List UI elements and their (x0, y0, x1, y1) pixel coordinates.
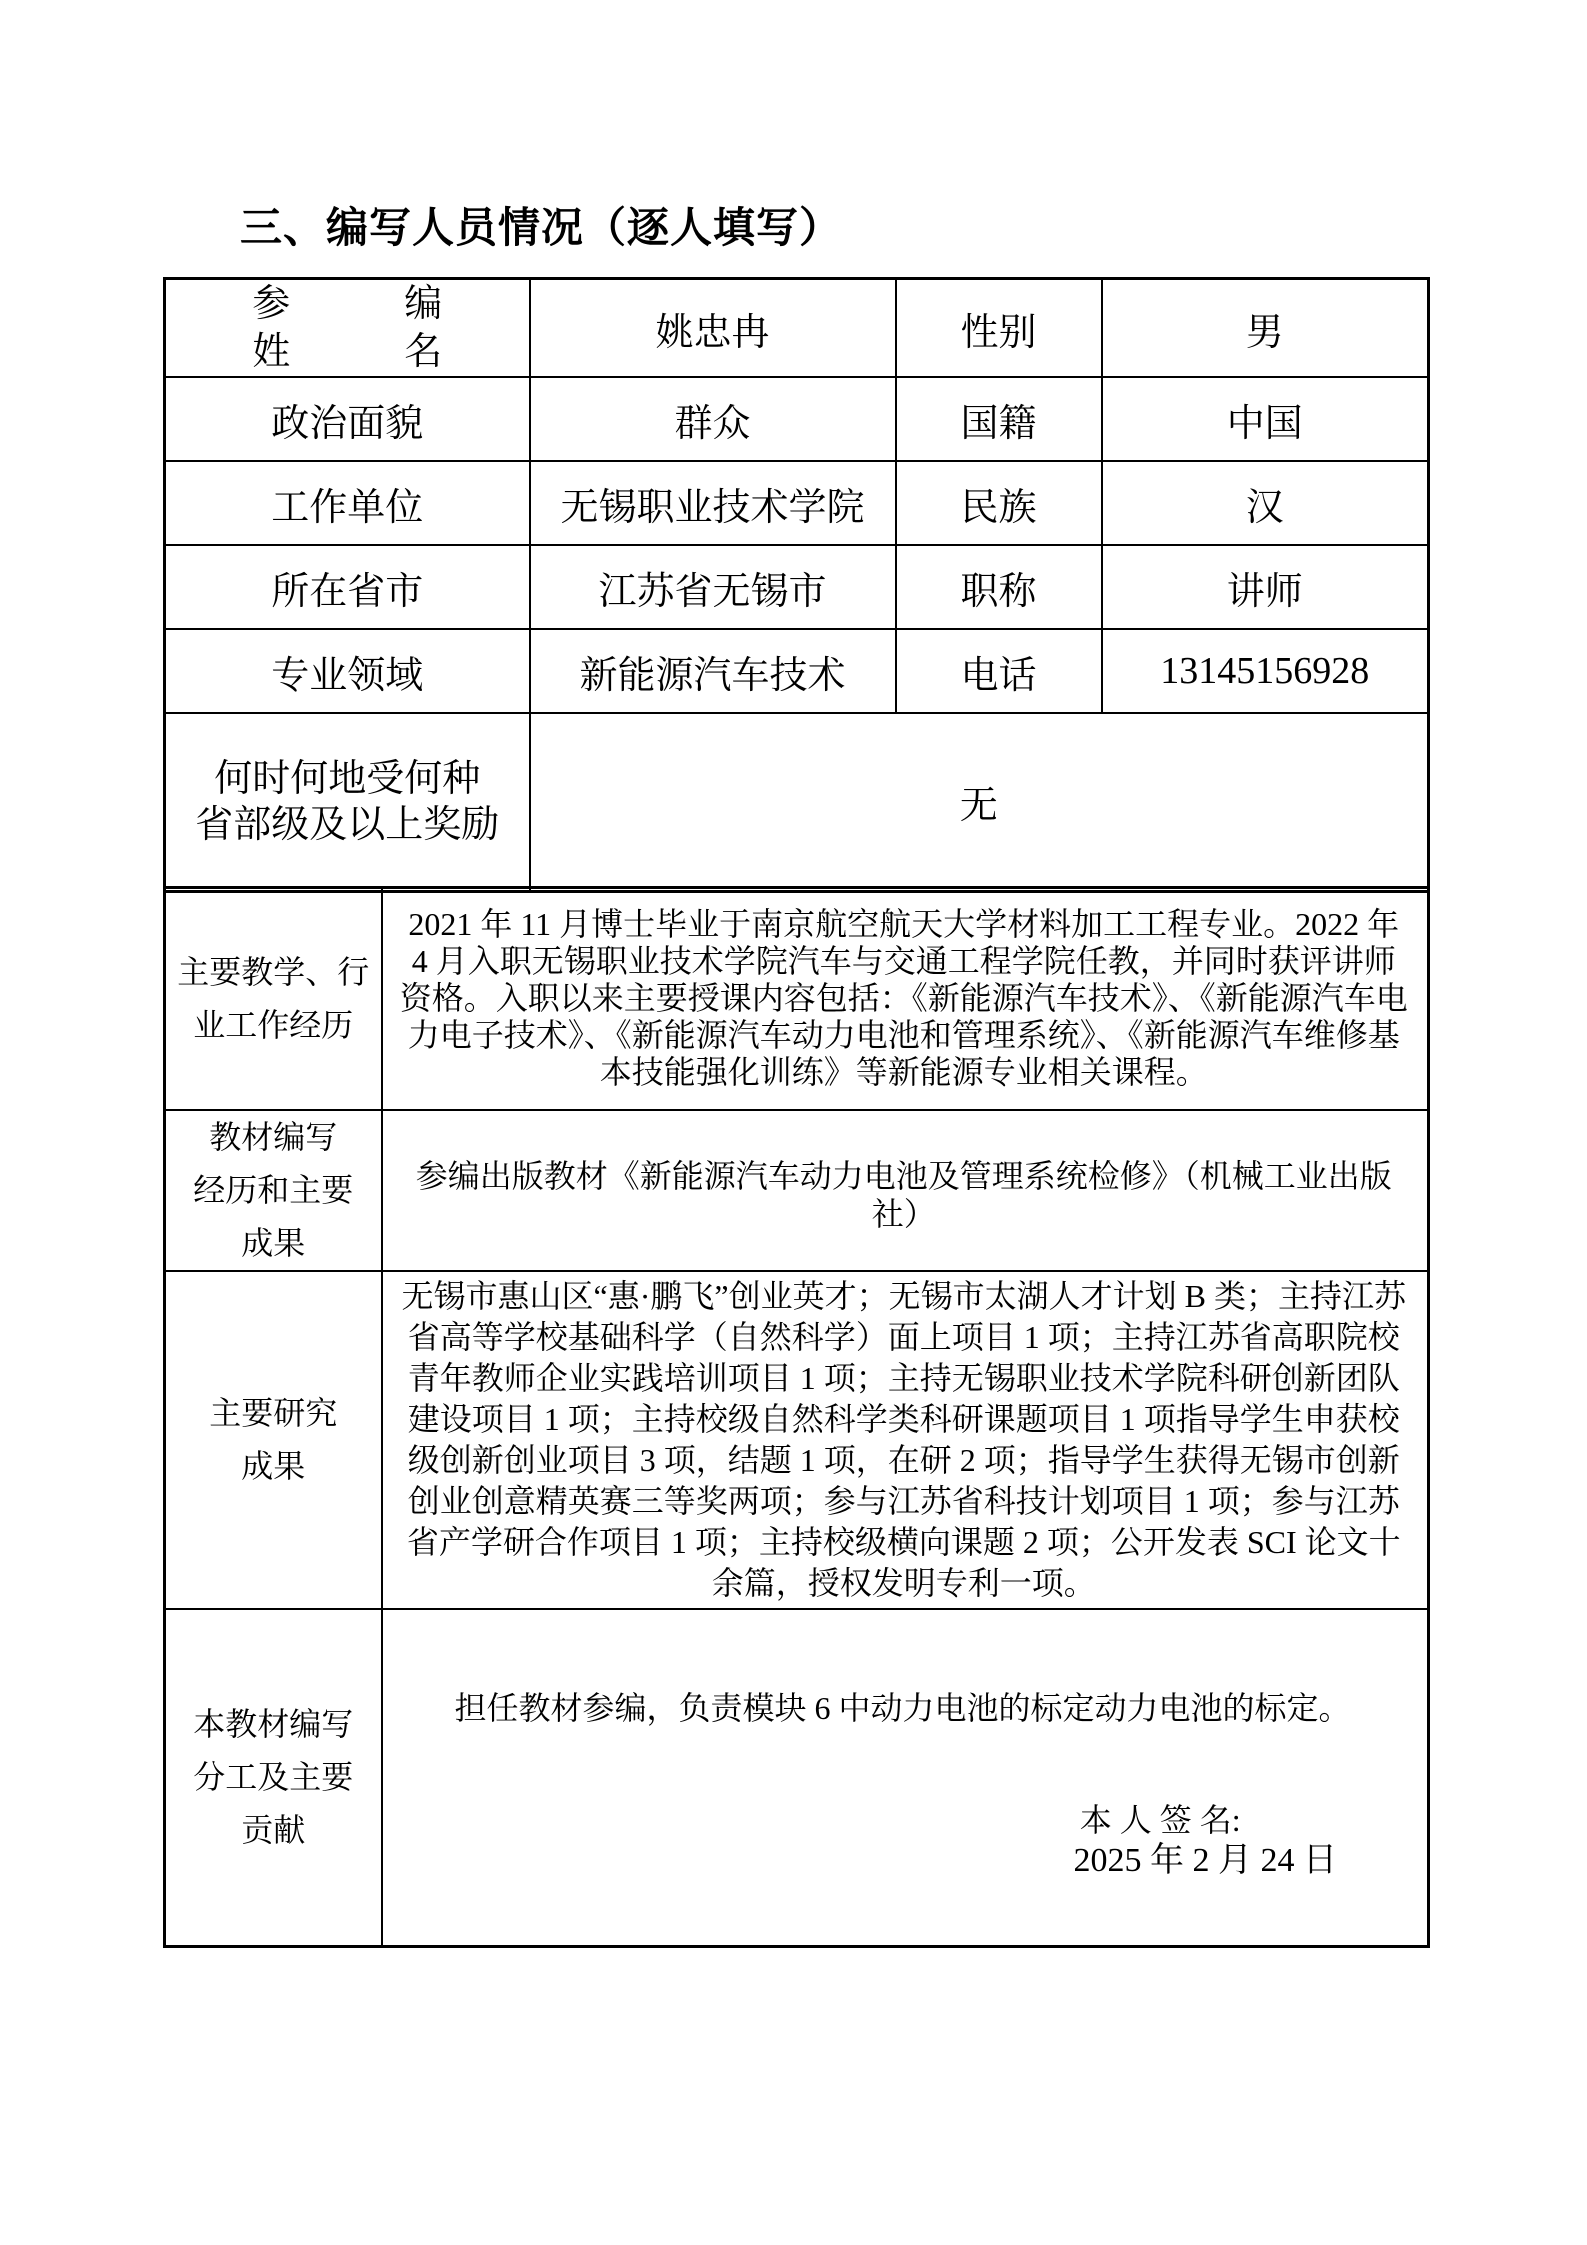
table-row-work-unit: 工作单位 无锡职业技术学院 民族 汉 (165, 461, 1429, 545)
signature-date: 2025 年 2 月 24 日 (383, 1841, 1428, 1881)
field-label-contribution: 本教材编写 分工及主要 贡献 (165, 1609, 382, 1947)
label-line: 省部级及以上奖励 (166, 802, 529, 848)
label-line: 教材编写 (166, 1111, 381, 1164)
field-label-textbook-experience: 教材编写 经历和主要 成果 (165, 1110, 382, 1271)
field-label-gender: 性别 (896, 279, 1102, 378)
field-label-ethnicity: 民族 (896, 461, 1102, 545)
label-line: 成果 (166, 1440, 381, 1493)
label-line: 主要研究 (166, 1387, 381, 1440)
field-label-phone: 电话 (896, 629, 1102, 713)
label-line: 分工及主要 (166, 1751, 381, 1804)
field-label-province-city: 所在省市 (165, 545, 530, 629)
field-value-contribution: 担任教材参编，负责模块 6 中动力电池的标定动力电池的标定。 本 人 签 名: … (382, 1609, 1429, 1947)
field-label-specialty: 专业领域 (165, 629, 530, 713)
table-row-contribution: 本教材编写 分工及主要 贡献 担任教材参编，负责模块 6 中动力电池的标定动力电… (165, 1609, 1429, 1947)
label-line: 贡献 (166, 1804, 381, 1857)
table-row-political-status: 政治面貌 群众 国籍 中国 (165, 377, 1429, 461)
table-row-province-city: 所在省市 江苏省无锡市 职称 讲师 (165, 545, 1429, 629)
field-value-name: 姚忠冉 (530, 279, 896, 378)
label-line: 主要教学、行 (166, 946, 381, 999)
table-row-awards: 何时何地受何种 省部级及以上奖励 无 (165, 713, 1429, 891)
field-label-research-achievements: 主要研究 成果 (165, 1271, 382, 1609)
field-label-political-status: 政治面貌 (165, 377, 530, 461)
field-label-nationality: 国籍 (896, 377, 1102, 461)
field-label-title: 职称 (896, 545, 1102, 629)
table-row-teaching-experience: 主要教学、行 业工作经历 2021 年 11 月博士毕业于南京航空航天大学材料加… (165, 888, 1429, 1110)
field-label-participant-name: 参 编 姓 名 (165, 279, 530, 378)
personnel-detail-table: 主要教学、行 业工作经历 2021 年 11 月博士毕业于南京航空航天大学材料加… (163, 886, 1430, 1948)
field-label-awards: 何时何地受何种 省部级及以上奖励 (165, 713, 530, 891)
page-title: 三、编写人员情况（逐人填写） (240, 202, 842, 254)
field-value-title: 讲师 (1102, 545, 1429, 629)
label-line: 经历和主要 (166, 1164, 381, 1217)
field-value-political-status: 群众 (530, 377, 896, 461)
field-value-ethnicity: 汉 (1102, 461, 1429, 545)
label-line: 业工作经历 (166, 999, 381, 1052)
field-value-gender: 男 (1102, 279, 1429, 378)
contribution-text: 担任教材参编，负责模块 6 中动力电池的标定动力电池的标定。 (383, 1673, 1428, 1727)
table-row-textbook-experience: 教材编写 经历和主要 成果 参编出版教材《新能源汽车动力电池及管理系统检修》（机… (165, 1110, 1429, 1271)
field-label-work-unit: 工作单位 (165, 461, 530, 545)
field-value-nationality: 中国 (1102, 377, 1429, 461)
field-value-research-achievements: 无锡市惠山区“惠·鹏飞”创业英才；无锡市太湖人才计划 B 类；主持江苏省高等学校… (382, 1271, 1429, 1609)
field-value-phone: 13145156928 (1102, 629, 1429, 713)
table-row-research-achievements: 主要研究 成果 无锡市惠山区“惠·鹏飞”创业英才；无锡市太湖人才计划 B 类；主… (165, 1271, 1429, 1609)
personnel-basic-table: 参 编 姓 名 姚忠冉 性别 男 政治面貌 群众 国籍 中国 工作单位 无锡职业… (163, 277, 1430, 893)
table-row-specialty: 专业领域 新能源汽车技术 电话 13145156928 (165, 629, 1429, 713)
label-line: 成果 (166, 1217, 381, 1270)
label-line: 本教材编写 (166, 1698, 381, 1751)
label-line: 姓 名 (166, 328, 529, 376)
document-page: 三、编写人员情况（逐人填写） 参 编 姓 名 姚忠冉 性别 男 政治面貌 群众 … (0, 0, 1587, 2245)
table-row-name: 参 编 姓 名 姚忠冉 性别 男 (165, 279, 1429, 378)
field-value-work-unit: 无锡职业技术学院 (530, 461, 896, 545)
field-value-province-city: 江苏省无锡市 (530, 545, 896, 629)
label-line: 何时何地受何种 (166, 756, 529, 802)
field-value-teaching-experience: 2021 年 11 月博士毕业于南京航空航天大学材料加工工程专业。2022 年 … (382, 888, 1429, 1110)
field-value-awards: 无 (530, 713, 1429, 891)
label-line: 参 编 (166, 280, 529, 328)
field-value-specialty: 新能源汽车技术 (530, 629, 896, 713)
field-value-textbook-experience: 参编出版教材《新能源汽车动力电池及管理系统检修》（机械工业出版社） (382, 1110, 1429, 1271)
field-label-teaching-experience: 主要教学、行 业工作经历 (165, 888, 382, 1110)
signature-label: 本 人 签 名: (383, 1801, 1428, 1839)
